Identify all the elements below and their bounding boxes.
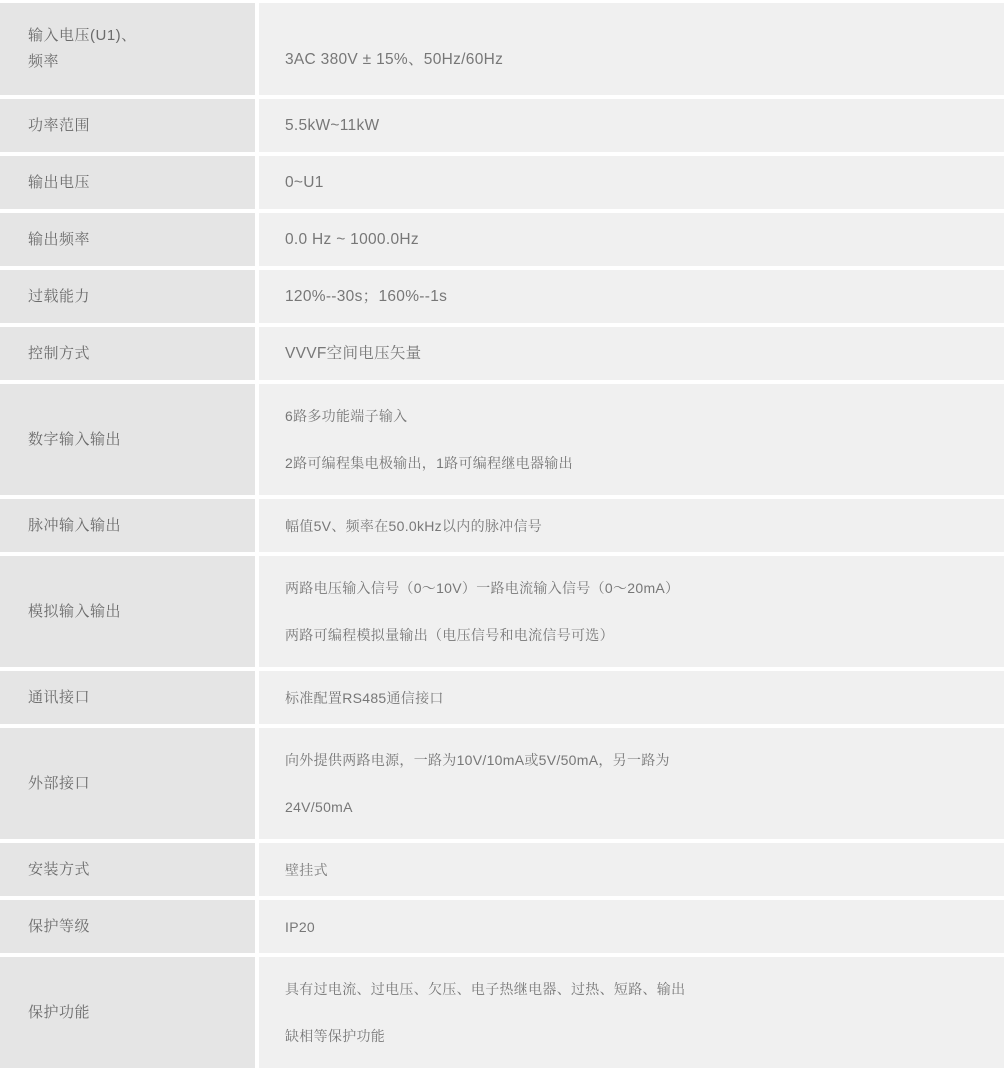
spec-label-line: 控制方式	[28, 341, 241, 367]
spec-row-external-interface: 外部接口 向外提供两路电源，一路为10V/10mA或5V/50mA，另一路为 2…	[0, 728, 1004, 839]
spec-value-line: 标准配置RS485通信接口	[285, 689, 988, 707]
spec-label-line: 输出频率	[28, 227, 241, 253]
spec-value-line: 两路电压输入信号（0～10V）一路电流输入信号（0～20mA）	[285, 579, 988, 597]
spec-row-mounting-type: 安装方式 壁挂式	[0, 843, 1004, 896]
spec-label-line: 过载能力	[28, 284, 241, 310]
spec-label-line: 输入电压(U1)、	[28, 23, 241, 49]
spec-label-cell: 输入电压(U1)、 频率	[0, 3, 255, 95]
spec-label-cell: 保护功能	[0, 957, 255, 1068]
spec-label-cell: 模拟输入输出	[0, 556, 255, 667]
spec-value-line: 24V/50mA	[285, 798, 988, 816]
spec-value-cell: 3AC 380V ± 15%、50Hz/60Hz	[259, 3, 1004, 95]
spec-value-line: 缺相等保护功能	[285, 1027, 988, 1045]
spec-row-pulse-io: 脉冲输入输出 幅值5V、频率在50.0kHz以内的脉冲信号	[0, 499, 1004, 552]
spec-value-line: 两路可编程模拟量输出（电压信号和电流信号可选）	[285, 626, 988, 644]
spec-label-cell: 控制方式	[0, 327, 255, 380]
spec-table: 输入电压(U1)、 频率 3AC 380V ± 15%、50Hz/60Hz 功率…	[0, 0, 1004, 1068]
spec-label-cell: 安装方式	[0, 843, 255, 896]
spec-row-analog-io: 模拟输入输出 两路电压输入信号（0～10V）一路电流输入信号（0～20mA） 两…	[0, 556, 1004, 667]
spec-row-power-range: 功率范围 5.5kW~11kW	[0, 99, 1004, 152]
spec-label-cell: 保护等级	[0, 900, 255, 953]
spec-label-cell: 脉冲输入输出	[0, 499, 255, 552]
spec-row-output-frequency: 输出频率 0.0 Hz ~ 1000.0Hz	[0, 213, 1004, 266]
spec-value-cell: VVVF空间电压矢量	[259, 327, 1004, 380]
spec-value-cell: 两路电压输入信号（0～10V）一路电流输入信号（0～20mA） 两路可编程模拟量…	[259, 556, 1004, 667]
spec-row-output-voltage: 输出电压 0~U1	[0, 156, 1004, 209]
spec-label-cell: 输出频率	[0, 213, 255, 266]
spec-value-line: 幅值5V、频率在50.0kHz以内的脉冲信号	[285, 517, 988, 535]
spec-value-line: 0~U1	[285, 174, 988, 192]
spec-value-line: 120%--30s；160%--1s	[285, 288, 988, 306]
spec-row-overload-capacity: 过载能力 120%--30s；160%--1s	[0, 270, 1004, 323]
spec-value-cell: 向外提供两路电源，一路为10V/10mA或5V/50mA，另一路为 24V/50…	[259, 728, 1004, 839]
spec-label-cell: 通讯接口	[0, 671, 255, 724]
spec-row-comm-interface: 通讯接口 标准配置RS485通信接口	[0, 671, 1004, 724]
spec-value-cell: 120%--30s；160%--1s	[259, 270, 1004, 323]
spec-label-line: 功率范围	[28, 113, 241, 139]
spec-row-control-mode: 控制方式 VVVF空间电压矢量	[0, 327, 1004, 380]
spec-value-line: 向外提供两路电源，一路为10V/10mA或5V/50mA，另一路为	[285, 751, 988, 769]
spec-value-line: 5.5kW~11kW	[285, 117, 988, 135]
spec-label-cell: 外部接口	[0, 728, 255, 839]
spec-row-protection-class: 保护等级 IP20	[0, 900, 1004, 953]
spec-label-cell: 输出电压	[0, 156, 255, 209]
spec-value-line: 6路多功能端子输入	[285, 407, 988, 425]
spec-value-cell: 幅值5V、频率在50.0kHz以内的脉冲信号	[259, 499, 1004, 552]
spec-label-line: 外部接口	[28, 771, 241, 797]
spec-row-input-voltage: 输入电压(U1)、 频率 3AC 380V ± 15%、50Hz/60Hz	[0, 3, 1004, 95]
spec-value-cell: 5.5kW~11kW	[259, 99, 1004, 152]
spec-value-cell: 0~U1	[259, 156, 1004, 209]
spec-label-line: 保护功能	[28, 1000, 241, 1026]
spec-value-cell: 标准配置RS485通信接口	[259, 671, 1004, 724]
spec-label-line: 模拟输入输出	[28, 599, 241, 625]
spec-row-protection-functions: 保护功能 具有过电流、过电压、欠压、电子热继电器、过热、短路、输出 缺相等保护功…	[0, 957, 1004, 1068]
spec-value-line: 0.0 Hz ~ 1000.0Hz	[285, 231, 988, 249]
spec-label-line: 数字输入输出	[28, 427, 241, 453]
spec-value-line: IP20	[285, 918, 988, 936]
spec-label-line: 输出电压	[28, 170, 241, 196]
spec-value-line: 3AC 380V ± 15%、50Hz/60Hz	[285, 51, 988, 69]
spec-label-cell: 功率范围	[0, 99, 255, 152]
spec-label-line: 脉冲输入输出	[28, 513, 241, 539]
spec-value-cell: 具有过电流、过电压、欠压、电子热继电器、过热、短路、输出 缺相等保护功能	[259, 957, 1004, 1068]
spec-label-line: 保护等级	[28, 914, 241, 940]
spec-value-cell: IP20	[259, 900, 1004, 953]
spec-value-line: 壁挂式	[285, 861, 988, 879]
spec-label-line: 频率	[28, 49, 241, 75]
spec-value-cell: 0.0 Hz ~ 1000.0Hz	[259, 213, 1004, 266]
spec-value-line: VVVF空间电压矢量	[285, 345, 988, 363]
spec-label-line: 安装方式	[28, 857, 241, 883]
spec-label-cell: 数字输入输出	[0, 384, 255, 495]
spec-label-cell: 过载能力	[0, 270, 255, 323]
spec-value-line: 具有过电流、过电压、欠压、电子热继电器、过热、短路、输出	[285, 980, 988, 998]
spec-value-cell: 壁挂式	[259, 843, 1004, 896]
spec-value-line: 2路可编程集电极输出，1路可编程继电器输出	[285, 454, 988, 472]
spec-value-cell: 6路多功能端子输入 2路可编程集电极输出，1路可编程继电器输出	[259, 384, 1004, 495]
spec-row-digital-io: 数字输入输出 6路多功能端子输入 2路可编程集电极输出，1路可编程继电器输出	[0, 384, 1004, 495]
spec-label-line: 通讯接口	[28, 685, 241, 711]
